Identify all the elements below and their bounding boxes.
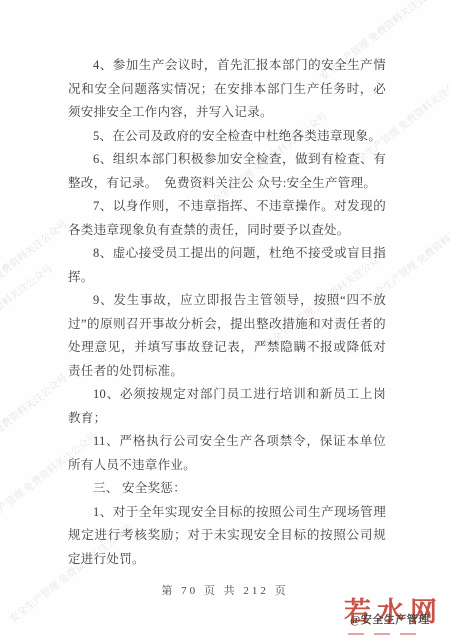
logo-overlay-text: @安全生产管理 — [350, 611, 430, 627]
paragraph: 三、 安全奖惩： — [68, 477, 386, 501]
paragraph: 11、严格执行公司安全生产各项禁令，保证本单位所有人员不违章作业。 — [68, 430, 386, 477]
paragraph: 9、发生事故，应立即报告主管领导，按照“四不放过”的原则召开事故分析会，提出整改… — [68, 289, 386, 383]
watermark: 安全生产管理 免费资料关注公众号 — [0, 260, 55, 366]
paragraph: 4、参加生产会议时，首先汇报本部门的安全生产情况和安全问题落实情况；在安排本部门… — [68, 54, 386, 125]
paragraph: 7、以身作则，不违章指挥、不违章操作。对发现的各类违章现象负有查禁的责任，同时要… — [68, 195, 386, 242]
document-body: 4、参加生产会议时，首先汇报本部门的安全生产情况和安全问题落实情况；在安排本部门… — [68, 54, 386, 571]
watermark: 安全生产管理 免费资料关注公众号 — [0, 370, 70, 476]
paragraph: 6、组织本部门积极参加安全检查，做到有检查、有整改，有记录。 免费资料关注公 众… — [68, 148, 386, 195]
paragraph: 10、必须按规定对部门员工进行培训和新员工上岗教育； — [68, 383, 386, 430]
paragraph: 8、虚心接受员工提出的问题，杜绝不接受或盲目指挥。 — [68, 242, 386, 289]
paragraph: 5、在公司及政府的安全检查中杜绝各类违章现象。 — [68, 125, 386, 149]
document-page: 安全生产管理 免费资料关注公众号 安全生产管理 免费资料关注公众号 安全生产管理… — [0, 0, 450, 636]
ruoshuiwang-logo: 若水网 @安全生产管理 — [344, 598, 450, 634]
page-number: 第 70 页 共 212 页 — [0, 582, 450, 598]
paragraph: 1、对于全年实现安全目标的按照公司生产现场管理规定进行考核奖励；对于未实现安全目… — [68, 501, 386, 572]
logo-caption-dashes — [348, 633, 416, 635]
watermark: 安全生产管理 免费资料关注公众号 — [0, 216, 70, 322]
